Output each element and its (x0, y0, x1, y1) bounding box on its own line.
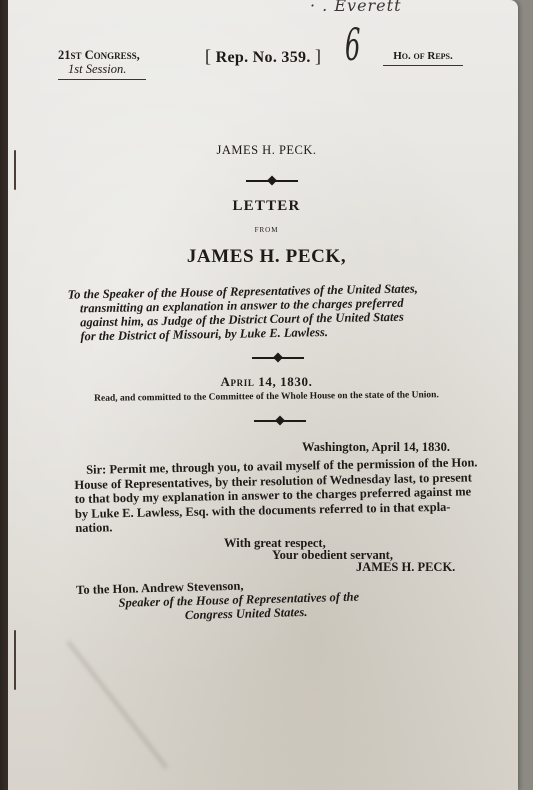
ornament-divider (254, 420, 306, 422)
congress-session: 21st Congress, 1st Session. (58, 48, 146, 80)
ornament-divider (252, 357, 304, 359)
from-label: FROM (0, 226, 533, 234)
document-subtitle: To the Speaker of the House of Represent… (68, 280, 479, 343)
report-number-text: Rep. No. 359. (216, 49, 311, 66)
letter-place-date: Washington, April 14, 1830. (302, 440, 450, 455)
congress-label: 21st Congress, (58, 48, 146, 62)
addressee-block: To the Hon. Andrew Stevenson, Speaker of… (76, 576, 360, 625)
report-number: [ Rep. No. 359. ] (205, 46, 321, 67)
house-label: Ho. of Reps. (383, 50, 463, 66)
author-name: JAMES H. PECK, (0, 246, 533, 268)
handwritten-annotation: · . Everett (310, 0, 402, 15)
open-bracket: [ (205, 46, 211, 66)
session-label: 1st Session. (58, 62, 146, 76)
document-type: LETTER (0, 198, 533, 215)
handwritten-number: 6 (345, 20, 360, 71)
ornament-divider (246, 180, 298, 182)
running-title: JAMES H. PECK. (0, 143, 533, 158)
proceedings-date: April 14, 1830. (0, 374, 533, 390)
letter-body: Sir: Permit me, through you, to avail my… (74, 455, 483, 535)
paper-crease (67, 641, 168, 769)
binding-thread (14, 630, 16, 690)
close-bracket: ] (315, 46, 321, 66)
signature: JAMES H. PECK. (356, 560, 455, 575)
